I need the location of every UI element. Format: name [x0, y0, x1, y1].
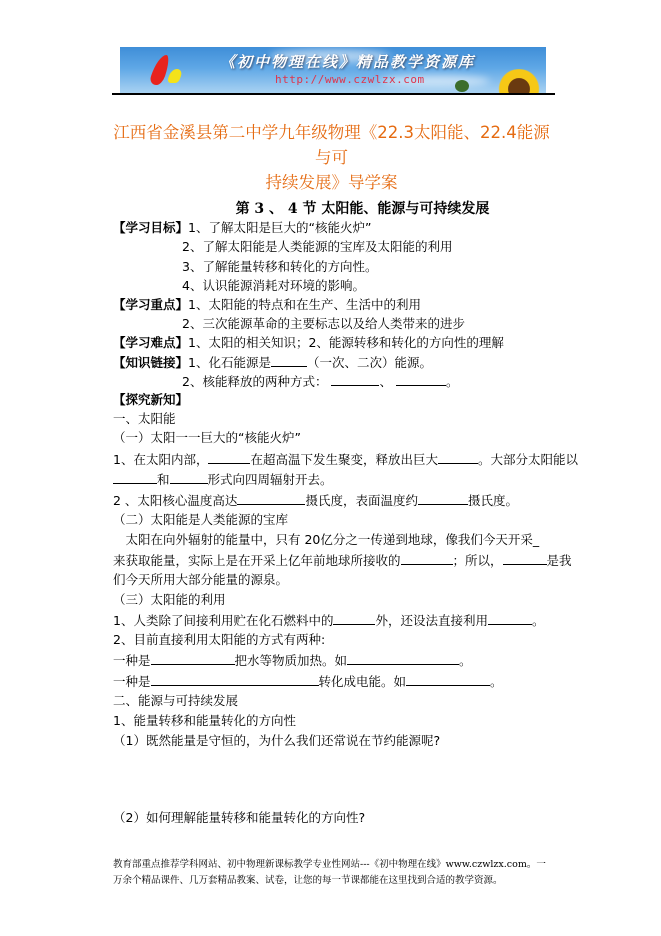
fill-blank[interactable] — [170, 470, 208, 484]
section-heading: 第 3 、 4 节 太阳能、能源与可持续发展 — [110, 198, 553, 218]
fill-blank[interactable] — [271, 353, 307, 367]
fill-blank[interactable] — [406, 672, 490, 686]
question-2: 2 、太阳核心温度高达摄氏度，表面温度约摄氏度。 — [113, 491, 518, 510]
paragraph-text: 来获取能量，实际上是在开采上亿年前地球所接收的 — [113, 553, 401, 568]
document-title: 江西省金溪县第二中学九年级物理《22.3太阳能、22.4能源与可 持续发展》导学… — [110, 120, 553, 195]
usage-option-2: 一种是转化成电能。如。 — [113, 672, 503, 691]
fill-blank[interactable] — [347, 651, 459, 665]
question-text: 。 — [532, 613, 545, 628]
question-text: 1、人类除了间接利用贮在化石燃料中的 — [113, 613, 333, 628]
objective-item: 1、了解太阳是巨大的“核能火炉” — [188, 220, 371, 235]
question-text: 摄氏度。 — [468, 493, 518, 508]
sunflower-icon — [495, 69, 543, 93]
objective-item: 3、了解能量转移和转化的方向性。 — [182, 258, 377, 276]
key-points-tag: 【学习重点】 — [113, 297, 188, 312]
section-1-sub-1: （一）太阳一一巨大的“核能火炉” — [113, 429, 301, 447]
question-text: 摄氏度，表面温度约 — [305, 493, 418, 508]
objectives-row: 【学习目标】1、了解太阳是巨大的“核能火炉” — [113, 219, 371, 237]
discussion-question-1: （1）既然能量是守恒的，为什么我们还常说在节约能源呢? — [113, 732, 440, 750]
question-text: 。 — [459, 653, 472, 668]
section-1-sub-2: （二）太阳能是人类能源的宝库 — [113, 511, 288, 529]
usage-question-1: 1、人类除了间接利用贮在化石燃料中的外，还设法直接利用。 — [113, 611, 545, 630]
footer-line-1: 教育部重点推荐学科网站、初中物理新课标教学专业性网站---《初中物理在线》www… — [113, 857, 563, 873]
link-item-text: （一次、二次）能源。 — [307, 355, 432, 370]
fill-blank[interactable] — [113, 470, 157, 484]
page-footer: 教育部重点推荐学科网站、初中物理新课标教学专业性网站---《初中物理在线》www… — [113, 857, 563, 889]
objective-item: 4、认识能源消耗对环境的影响。 — [182, 277, 365, 295]
links-tag: 【知识链接】 — [113, 355, 188, 370]
question-text: 把水等物质加热。如 — [235, 653, 348, 668]
explore-tag: 【探究新知】 — [113, 391, 188, 409]
section-1-sub-3: （三）太阳能的利用 — [113, 591, 226, 609]
objectives-tag: 【学习目标】 — [113, 220, 188, 235]
fill-blank[interactable] — [151, 672, 319, 686]
banner-title: 《初中物理在线》精品教学资源库 — [220, 51, 475, 72]
discussion-question-2: （2）如何理解能量转移和能量转化的方向性? — [113, 809, 365, 827]
difficulties-row: 【学习难点】1、太阳的相关知识；2、能源转移和转化的方向性的理解 — [113, 334, 504, 352]
paragraph-text: 是我 — [547, 553, 572, 568]
paragraph-line: 来获取能量，实际上是在开采上亿年前地球所接收的；所以，是我 — [113, 551, 572, 570]
key-point-item: 2、三次能源革命的主要标志以及给人类带来的进步 — [182, 315, 465, 333]
difficulties-text: 1、太阳的相关知识；2、能源转移和转化的方向性的理解 — [188, 335, 504, 350]
section-1-heading: 一、太阳能 — [113, 410, 176, 428]
question-text: 。 — [490, 674, 503, 689]
paragraph-line: 太阳在向外辐射的能量中，只有 20亿分之一传递到地球，像我们今天开采_ — [113, 531, 539, 549]
question-text: 。大部分太阳能以 — [478, 452, 578, 467]
logo-icon-yellow — [166, 69, 183, 83]
section-heading-text: 第 3 、 4 节 太阳能、能源与可持续发展 — [174, 201, 490, 217]
link-item-text: 1、化石能源是 — [188, 355, 271, 370]
question-text: 转化成电能。如 — [319, 674, 407, 689]
paragraph-text: ；所以， — [453, 553, 503, 568]
leaf-icon — [455, 80, 469, 92]
fill-blank[interactable] — [396, 372, 446, 386]
usage-option-1: 一种是把水等物质加热。如。 — [113, 651, 472, 670]
banner-url: http://www.czwlzx.com — [275, 73, 425, 86]
fill-blank[interactable] — [503, 551, 547, 565]
key-point-item: 1、太阳能的特点和在生产、生活中的利用 — [188, 297, 421, 312]
question-1-cont: 和形式向四周辐射开去。 — [113, 470, 333, 489]
link-item-text: 2、核能释放的两种方式： — [182, 374, 327, 389]
fill-blank[interactable] — [151, 651, 235, 665]
header-banner: 《初中物理在线》精品教学资源库 http://www.czwlzx.com — [120, 47, 546, 93]
fill-blank[interactable] — [333, 611, 375, 625]
links-row: 【知识链接】1、化石能源是（一次、二次）能源。 — [113, 353, 432, 372]
section-2-item-1: 1、能量转移和能量转化的方向性 — [113, 712, 296, 730]
fill-blank[interactable] — [438, 450, 478, 464]
title-line-2: 持续发展》导学案 — [110, 170, 553, 195]
question-text: 在超高温下发生聚变，释放出巨大 — [250, 452, 438, 467]
question-text: 2 、太阳核心温度高达 — [113, 493, 237, 508]
question-text: 和 — [157, 472, 170, 487]
paragraph-line: 们今天所用大部分能量的源泉。 — [113, 571, 288, 589]
fill-blank[interactable] — [331, 372, 379, 386]
footer-line-2: 万余个精品课件、几万套精品教案、试卷，让您的每一节课都能在这里找到合适的教学资源… — [113, 873, 563, 889]
usage-question-2: 2、目前直接利用太阳能的方式有两种: — [113, 631, 325, 649]
key-points-row: 【学习重点】1、太阳能的特点和在生产、生活中的利用 — [113, 296, 421, 314]
fill-blank[interactable] — [237, 491, 305, 505]
objective-item: 2、了解太阳能是人类能源的宝库及太阳能的利用 — [182, 238, 452, 256]
question-text: 外，还设法直接利用 — [375, 613, 488, 628]
question-text: 一种是 — [113, 653, 151, 668]
question-text: 1、在太阳内部， — [113, 452, 208, 467]
link-item-2: 2、核能释放的两种方式： 、 。 — [182, 372, 458, 391]
fill-blank[interactable] — [488, 611, 532, 625]
header-rule — [112, 93, 555, 95]
link-item-text: 。 — [446, 374, 459, 389]
fill-blank[interactable] — [401, 551, 453, 565]
link-item-text: 、 — [379, 374, 392, 389]
fill-blank[interactable] — [208, 450, 250, 464]
question-1: 1、在太阳内部，在超高温下发生聚变，释放出巨大。大部分太阳能以 — [113, 450, 578, 469]
difficulties-tag: 【学习难点】 — [113, 335, 188, 350]
question-text: 一种是 — [113, 674, 151, 689]
title-line-1: 江西省金溪县第二中学九年级物理《22.3太阳能、22.4能源与可 — [110, 120, 553, 170]
section-2-heading: 二、能源与可持续发展 — [113, 692, 238, 710]
question-text: 形式向四周辐射开去。 — [208, 472, 333, 487]
fill-blank[interactable] — [418, 491, 468, 505]
